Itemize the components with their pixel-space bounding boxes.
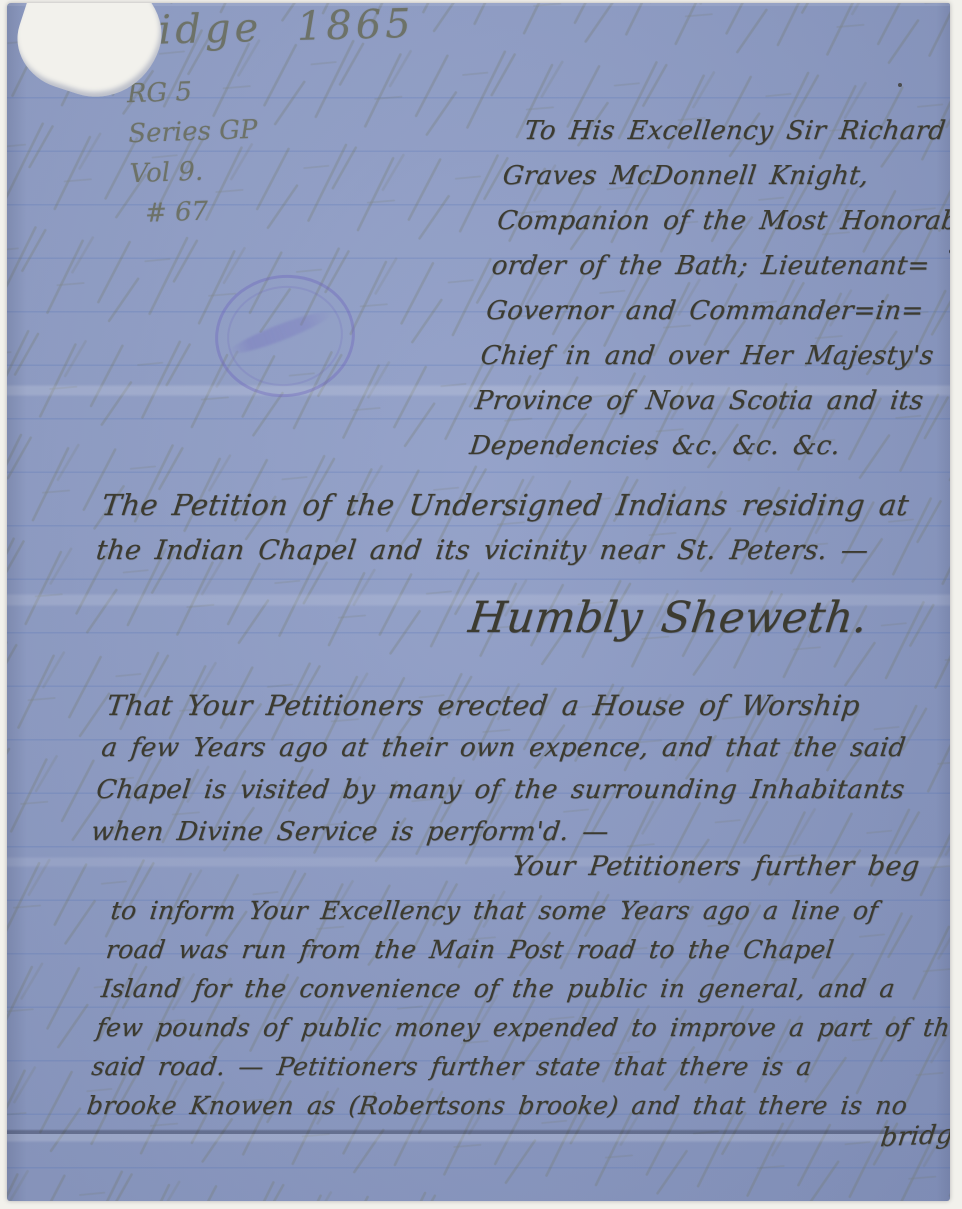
salutation-line: Governor and Commander=in= xyxy=(483,289,950,334)
petition-intro: The Petition of the Undersigned Indians … xyxy=(93,483,911,573)
salutation-line: Companion of the Most Honorable xyxy=(495,199,950,244)
archival-reference-block: RG 5 Series GP Vol 9. # 67 xyxy=(126,71,261,235)
body-line: said road. — Petitioners further state t… xyxy=(89,1047,950,1086)
salutation-line: Province of Nova Scotia and its xyxy=(472,379,950,424)
archival-round-stamp-icon xyxy=(208,267,362,405)
body-line: few pounds of public money expended to i… xyxy=(94,1008,950,1047)
petition-intro-line: The Petition of the Undersigned Indians … xyxy=(99,483,911,528)
salutation-line: order of the Bath; Lieutenant= xyxy=(489,244,950,289)
body-paragraph-1: That Your Petitioners erected a House of… xyxy=(89,685,918,853)
ref-item-number: # 67 xyxy=(130,191,260,234)
petition-intro-line: the Indian Chapel and its vicinity near … xyxy=(93,528,905,573)
catchword-bridge: bridge xyxy=(879,1119,950,1154)
ref-volume: Vol 9. xyxy=(129,151,259,194)
body-line: when Divine Service is perform'd. — xyxy=(89,811,902,853)
salutation-line: Chief in and over Her Majesty's xyxy=(478,334,950,379)
body-line: brooke Knowen as (Robertsons brooke) and… xyxy=(85,1086,950,1125)
salutation-line: To His Excellency Sir Richard xyxy=(506,109,950,154)
salutation-block: To His Excellency Sir Richard Graves McD… xyxy=(467,109,950,469)
paragraph-2-opening: Your Petitioners further beg xyxy=(510,851,921,882)
body-paragraph-2: to inform Your Excellency that some Year… xyxy=(85,891,950,1125)
body-line: a few Years ago at their own expence, an… xyxy=(99,727,912,769)
salutation-line: Dependencies &c. &c. &c. xyxy=(467,424,950,469)
paper-speck xyxy=(898,83,902,87)
body-line: Chapel is visited by many of the surroun… xyxy=(94,769,907,811)
body-line: to inform Your Excellency that some Year… xyxy=(109,891,950,930)
body-line: That Your Petitioners erected a House of… xyxy=(104,685,917,727)
document-paper: Bridge 1865 RG 5 Series GP Vol 9. # 67 T… xyxy=(7,3,950,1201)
heading-humbly-sheweth: Humbly Sheweth. xyxy=(466,593,870,643)
ref-series: Series GP xyxy=(128,111,258,154)
paper-speck xyxy=(949,249,950,254)
body-line: Island for the convenience of the public… xyxy=(99,969,950,1008)
ref-record-group: RG 5 xyxy=(126,71,256,114)
salutation-line: Graves McDonnell Knight, xyxy=(500,154,950,199)
body-line: road was run from the Main Post road to … xyxy=(104,930,950,969)
